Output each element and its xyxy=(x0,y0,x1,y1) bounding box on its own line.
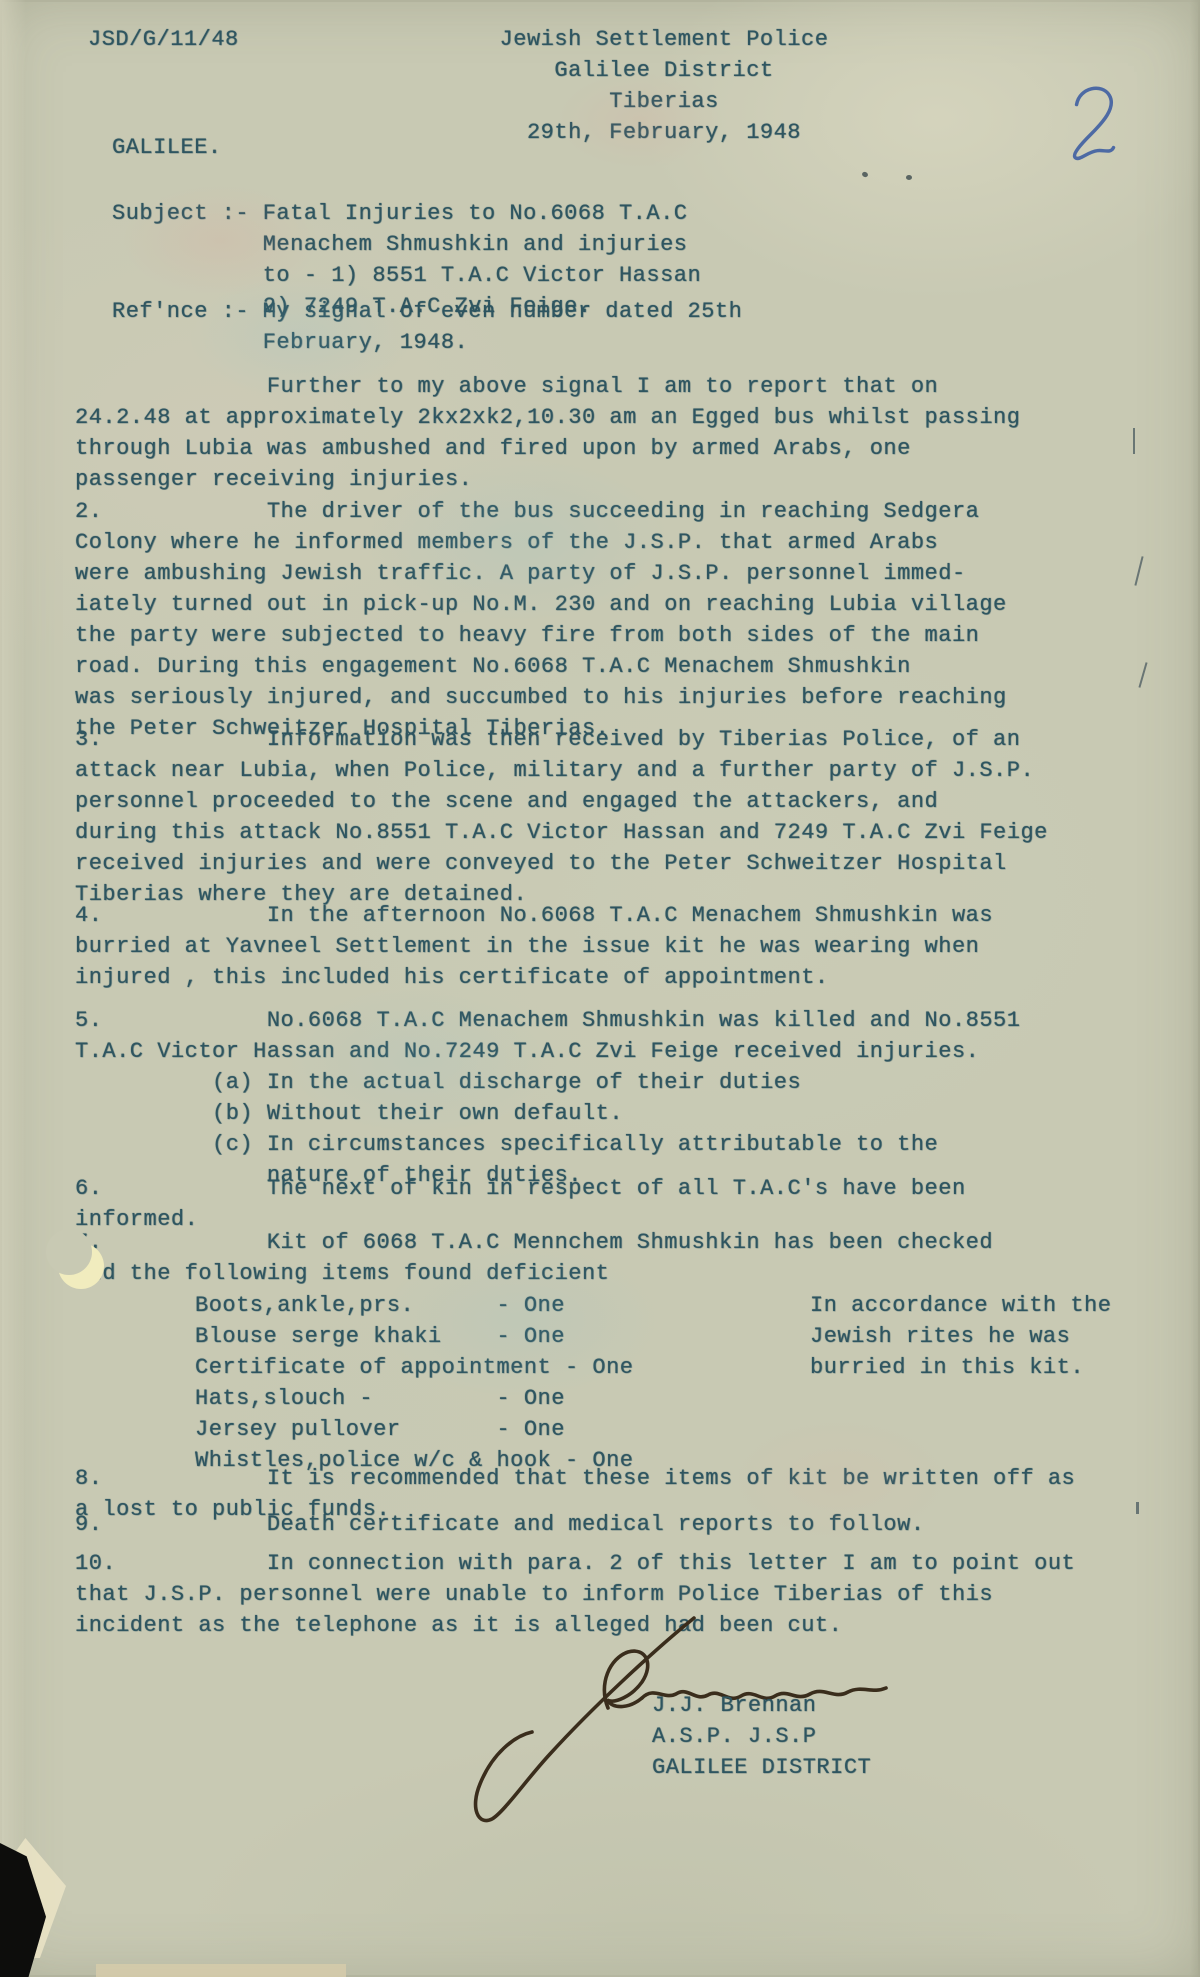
pen-dot xyxy=(861,171,869,178)
document-page: JSD/G/11/48 Jewish Settlement Police Gal… xyxy=(0,0,1200,1977)
paragraph-6: 6. The next of kin in respect of all T.A… xyxy=(75,1173,966,1235)
file-reference: JSD/G/11/48 xyxy=(88,24,239,55)
pen-mark xyxy=(1133,428,1135,454)
district-heading: GALILEE. xyxy=(112,132,222,163)
reference-block: Ref'nce :- My signal of even number date… xyxy=(112,296,742,358)
pen-mark xyxy=(1136,1502,1139,1514)
rites-note: In accordance with the Jewish rites he w… xyxy=(810,1290,1111,1383)
kit-deficiency-list: Boots,ankle,prs. - One Blouse serge khak… xyxy=(195,1290,633,1476)
pen-mark xyxy=(1138,662,1147,688)
handwritten-page-number xyxy=(1068,82,1120,164)
pen-dot xyxy=(906,175,912,180)
signatory-block: J.J. Brennan A.S.P. J.S.P GALILEE DISTRI… xyxy=(652,1690,871,1783)
paragraph-intro: Further to my above signal I am to repor… xyxy=(75,371,1020,495)
paragraph-9: 9. Death certificate and medical reports… xyxy=(75,1509,925,1540)
paragraph-4: 4. In the afternoon No.6068 T.A.C Menach… xyxy=(75,900,993,993)
paragraph-2: 2. The driver of the bus succeeding in r… xyxy=(75,496,1007,744)
bottom-edge-strip xyxy=(96,1964,346,1977)
paragraph-5: 5. No.6068 T.A.C Menachem Shmushkin was … xyxy=(75,1005,1020,1191)
paragraph-7: 7. Kit of 6068 T.A.C Mennchem Shmushkin … xyxy=(75,1227,993,1289)
paper-hole xyxy=(58,1243,104,1289)
paragraph-3: 3. Information was then received by Tibe… xyxy=(75,724,1048,910)
pen-mark xyxy=(1134,556,1143,586)
letterhead: Jewish Settlement Police Galilee Distric… xyxy=(478,24,850,148)
